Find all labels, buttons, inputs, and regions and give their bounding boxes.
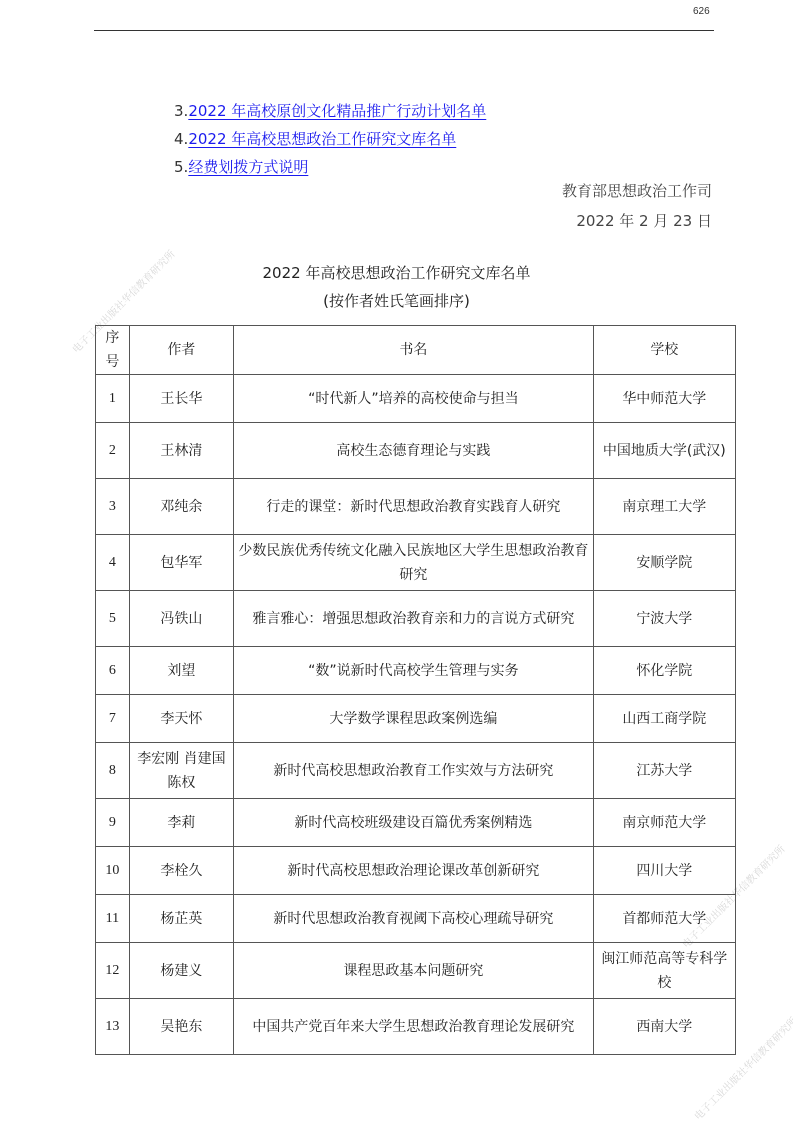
cell-author: 杨芷英 (129, 895, 233, 943)
table-row: 1 王长华 “时代新人”培养的高校使命与担当 华中师范大学 (96, 375, 736, 423)
cell-title: 新时代高校思想政治理论课改革创新研究 (234, 847, 594, 895)
cell-no: 11 (96, 895, 130, 943)
cell-author: 李莉 (129, 799, 233, 847)
cell-no: 4 (96, 535, 130, 591)
cell-no: 12 (96, 943, 130, 999)
cell-author: 王长华 (129, 375, 233, 423)
cell-author: 李宏刚 肖建国 陈权 (129, 743, 233, 799)
cell-school: 南京理工大学 (593, 479, 735, 535)
header-title: 书名 (234, 326, 594, 375)
cell-title: 新时代高校思想政治教育工作实效与方法研究 (234, 743, 594, 799)
cell-title: “数”说新时代高校学生管理与实务 (234, 647, 594, 695)
attachment-prefix: 5. (174, 158, 188, 176)
cell-title: “时代新人”培养的高校使命与担当 (234, 375, 594, 423)
cell-author: 邓纯余 (129, 479, 233, 535)
cell-no: 10 (96, 847, 130, 895)
cell-school: 江苏大学 (593, 743, 735, 799)
cell-school: 中国地质大学(武汉) (593, 423, 735, 479)
cell-school: 西南大学 (593, 999, 735, 1055)
table-row: 13 吴艳东 中国共产党百年来大学生思想政治教育理论发展研究 西南大学 (96, 999, 736, 1055)
cell-school: 南京师范大学 (593, 799, 735, 847)
cell-title: 课程思政基本问题研究 (234, 943, 594, 999)
cell-author: 王林清 (129, 423, 233, 479)
cell-no: 1 (96, 375, 130, 423)
cell-school: 安顺学院 (593, 535, 735, 591)
cell-title: 中国共产党百年来大学生思想政治教育理论发展研究 (234, 999, 594, 1055)
cell-no: 7 (96, 695, 130, 743)
header-no: 序号 (96, 326, 130, 375)
cell-no: 2 (96, 423, 130, 479)
cell-author: 吴艳东 (129, 999, 233, 1055)
table-row: 6 刘望 “数”说新时代高校学生管理与实务 怀化学院 (96, 647, 736, 695)
attachment-prefix: 4. (174, 130, 188, 148)
cell-school: 闽江师范高等专科学校 (593, 943, 735, 999)
attachment-link[interactable]: 经费划拨方式说明 (188, 158, 308, 176)
page-number: 626 (693, 6, 710, 17)
attachment-item: 5.经费划拨方式说明 (174, 153, 486, 181)
signature-organization: 教育部思想政治工作司 (562, 180, 712, 201)
cell-no: 6 (96, 647, 130, 695)
cell-author: 冯铁山 (129, 591, 233, 647)
cell-school: 华中师范大学 (593, 375, 735, 423)
cell-author: 李天怀 (129, 695, 233, 743)
cell-title: 少数民族优秀传统文化融入民族地区大学生思想政治教育研究 (234, 535, 594, 591)
cell-no: 13 (96, 999, 130, 1055)
table-row: 5 冯铁山 雅言雅心：增强思想政治教育亲和力的言说方式研究 宁波大学 (96, 591, 736, 647)
cell-school: 宁波大学 (593, 591, 735, 647)
table-row: 2 王林清 高校生态德育理论与实践 中国地质大学(武汉) (96, 423, 736, 479)
cell-title: 新时代高校班级建设百篇优秀案例精选 (234, 799, 594, 847)
attachment-list: 3.2022 年高校原创文化精品推广行动计划名单 4.2022 年高校思想政治工… (174, 97, 486, 181)
attachment-link[interactable]: 2022 年高校原创文化精品推广行动计划名单 (188, 102, 486, 120)
cell-no: 3 (96, 479, 130, 535)
header-author: 作者 (129, 326, 233, 375)
table-row: 8 李宏刚 肖建国 陈权 新时代高校思想政治教育工作实效与方法研究 江苏大学 (96, 743, 736, 799)
table-row: 10 李栓久 新时代高校思想政治理论课改革创新研究 四川大学 (96, 847, 736, 895)
cell-author: 包华军 (129, 535, 233, 591)
cell-title: 高校生态德育理论与实践 (234, 423, 594, 479)
cell-author: 李栓久 (129, 847, 233, 895)
cell-title: 大学数学课程思政案例选编 (234, 695, 594, 743)
table-row: 7 李天怀 大学数学课程思政案例选编 山西工商学院 (96, 695, 736, 743)
cell-title: 新时代思想政治教育视阈下高校心理疏导研究 (234, 895, 594, 943)
header-rule (94, 30, 714, 32)
cell-author: 杨建义 (129, 943, 233, 999)
cell-no: 9 (96, 799, 130, 847)
header-school: 学校 (593, 326, 735, 375)
attachment-item: 3.2022 年高校原创文化精品推广行动计划名单 (174, 97, 486, 125)
document-title: 2022 年高校思想政治工作研究文库名单 (0, 262, 793, 283)
attachment-link[interactable]: 2022 年高校思想政治工作研究文库名单 (188, 130, 456, 148)
cell-no: 8 (96, 743, 130, 799)
table-row: 11 杨芷英 新时代思想政治教育视阈下高校心理疏导研究 首都师范大学 (96, 895, 736, 943)
table-row: 3 邓纯余 行走的课堂：新时代思想政治教育实践育人研究 南京理工大学 (96, 479, 736, 535)
roster-table: 序号 作者 书名 学校 1 王长华 “时代新人”培养的高校使命与担当 华中师范大… (95, 325, 736, 1055)
cell-title: 雅言雅心：增强思想政治教育亲和力的言说方式研究 (234, 591, 594, 647)
table-row: 12 杨建义 课程思政基本问题研究 闽江师范高等专科学校 (96, 943, 736, 999)
cell-author: 刘望 (129, 647, 233, 695)
cell-title: 行走的课堂：新时代思想政治教育实践育人研究 (234, 479, 594, 535)
attachment-prefix: 3. (174, 102, 188, 120)
cell-school: 山西工商学院 (593, 695, 735, 743)
attachment-item: 4.2022 年高校思想政治工作研究文库名单 (174, 125, 486, 153)
table-row: 9 李莉 新时代高校班级建设百篇优秀案例精选 南京师范大学 (96, 799, 736, 847)
table-row: 4 包华军 少数民族优秀传统文化融入民族地区大学生思想政治教育研究 安顺学院 (96, 535, 736, 591)
signature-date: 2022 年 2 月 23 日 (576, 210, 712, 231)
cell-school: 怀化学院 (593, 647, 735, 695)
cell-school: 首都师范大学 (593, 895, 735, 943)
table-header-row: 序号 作者 书名 学校 (96, 326, 736, 375)
cell-no: 5 (96, 591, 130, 647)
cell-school: 四川大学 (593, 847, 735, 895)
